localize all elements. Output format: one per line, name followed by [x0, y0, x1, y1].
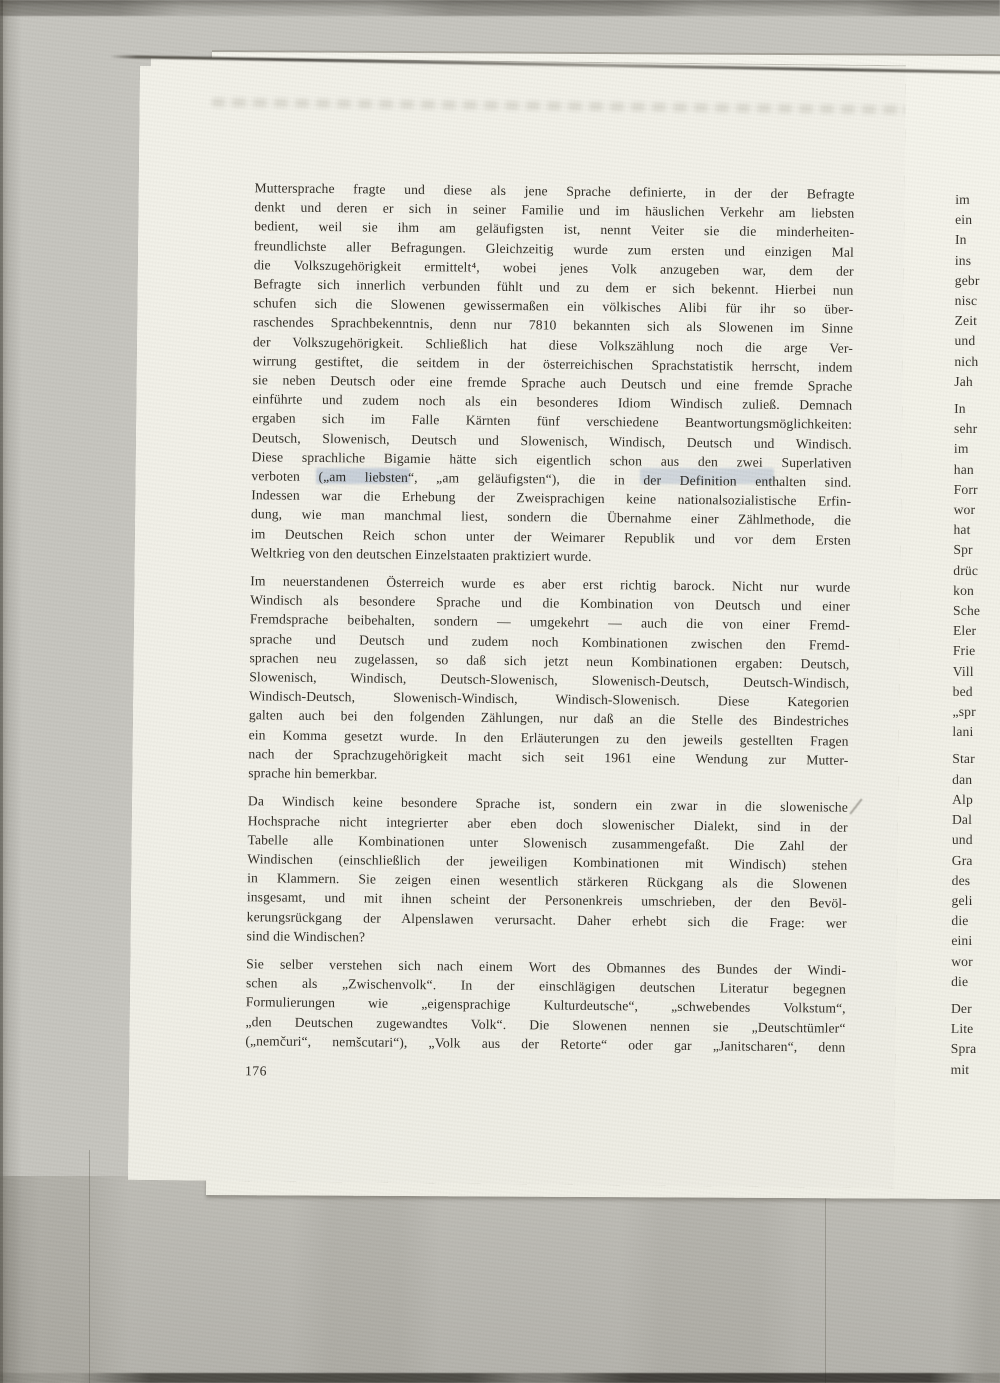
- fragment-line: Sche: [953, 601, 1000, 623]
- next-page-column: imeinIninsgebrniscZeitundnichJahInsehrim…: [951, 190, 1000, 1081]
- fragment-line: In: [954, 399, 1000, 421]
- fragment-line: „spr: [952, 702, 1000, 724]
- fragment-line: ein: [955, 210, 1000, 232]
- fragment-line: im: [954, 439, 1000, 461]
- fragment-paragraph: imeinIninsgebrniscZeitundnichJah: [954, 190, 1000, 393]
- fragment-line: Star: [952, 749, 1000, 771]
- paragraph: Muttersprache fragte und diese als jene …: [251, 178, 855, 569]
- scanner-streak-line: [89, 1150, 90, 1383]
- fragment-line: Vill: [953, 662, 1000, 684]
- scanner-streak-line: [825, 1185, 826, 1383]
- book-page: Muttersprache fragte und diese als jene …: [128, 57, 906, 1188]
- paragraph: Sie selber verstehen sich nach einem Wor…: [245, 954, 846, 1057]
- fragment-line: die: [951, 911, 1000, 933]
- fragment-paragraph: DerLiteSpramit: [951, 999, 1000, 1081]
- fragment-line: im: [955, 190, 1000, 212]
- fragment-line: wor: [951, 951, 1000, 973]
- fragment-line: bed: [953, 682, 1000, 704]
- fragment-line: und: [952, 830, 1000, 852]
- fragment-line: nich: [954, 352, 1000, 374]
- fragment-line: Forr: [954, 480, 1000, 502]
- fragment-line: Eler: [953, 621, 1000, 643]
- fragment-line: Frie: [953, 641, 1000, 663]
- fragment-line: eini: [951, 931, 1000, 953]
- scanner-bottom-edge-band: [0, 1373, 1000, 1383]
- fragment-line: Der: [951, 999, 1000, 1021]
- fragment-line: Dal: [952, 810, 1000, 832]
- fragment-line: und: [954, 331, 1000, 353]
- fragment-line: dan: [952, 770, 1000, 792]
- fragment-line: Jah: [954, 372, 1000, 394]
- fragment-line: In: [955, 230, 1000, 252]
- paragraph: Im neuerstandenen Österreich wurde es ab…: [248, 571, 850, 789]
- fragment-line: hat: [953, 520, 1000, 542]
- fragment-line: geli: [952, 891, 1000, 913]
- fragment-line: Gra: [952, 850, 1000, 872]
- fragment-paragraph: InsehrimhanForrworhatSprdrückonScheElerF…: [952, 399, 1000, 744]
- fragment-line: mit: [951, 1059, 1000, 1081]
- fragment-line: des: [952, 871, 1000, 893]
- ink-bleed-through-line: [211, 98, 917, 115]
- fragment-line: han: [954, 460, 1000, 482]
- fragment-line: die: [951, 972, 1000, 994]
- fragment-line: drüc: [953, 561, 1000, 583]
- paragraph: Da Windisch keine besondere Sprache ist,…: [246, 792, 848, 952]
- fragment-line: Alp: [952, 790, 1000, 812]
- fragment-line: gebr: [955, 271, 1000, 293]
- scanned-document: imeinIninsgebrniscZeitundnichJahInsehrim…: [0, 0, 1000, 1383]
- fragment-paragraph: StardanAlpDalundGradesgelidieeiniwordie: [951, 749, 1000, 993]
- fragment-line: Spr: [953, 540, 1000, 562]
- fragment-line: ins: [955, 251, 1000, 273]
- fragment-line: lani: [952, 722, 1000, 744]
- fragment-line: Zeit: [955, 311, 1000, 333]
- page-number: 176: [245, 1063, 267, 1079]
- fragment-line: Spra: [951, 1039, 1000, 1061]
- text-block: Muttersprache fragte und diese als jene …: [245, 178, 854, 1056]
- fragment-line: kon: [953, 581, 1000, 603]
- fragment-line: nisc: [955, 291, 1000, 313]
- fragment-line: sehr: [954, 419, 1000, 441]
- fragment-line: wor: [954, 500, 1000, 522]
- scanner-top-edge-smudge: [0, 0, 1000, 16]
- pen-mark: [846, 796, 866, 818]
- fragment-line: Lite: [951, 1019, 1000, 1041]
- scanner-lower-shadow-streaks: [0, 1176, 1000, 1383]
